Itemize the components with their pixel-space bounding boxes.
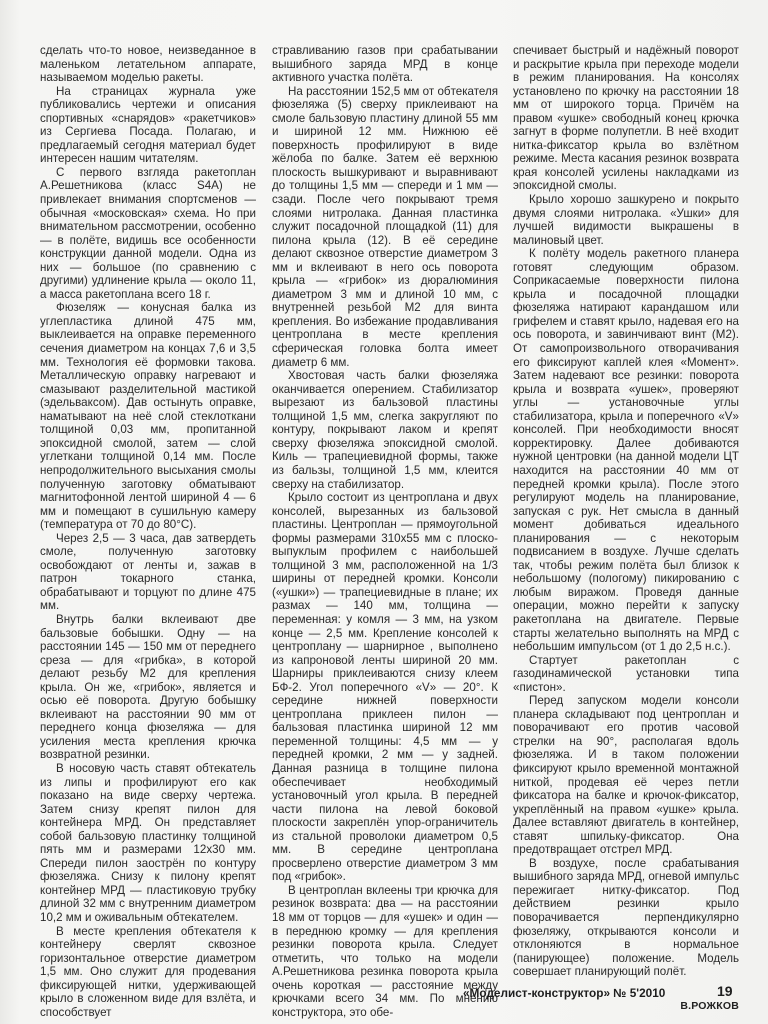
journal-title: «Моделист-конструктор» № 5'2010 bbox=[463, 986, 665, 1000]
paragraph: Внутрь балки вклеивают две бальзовые боб… bbox=[40, 613, 256, 762]
paragraph: В месте крепления обтекателя к контейнер… bbox=[40, 925, 256, 1020]
paragraph: Перед запуском модели консоли планера ск… bbox=[513, 694, 739, 857]
paragraph: К полёту модель ракетного планера готовя… bbox=[513, 247, 739, 653]
page-footer: «Моделист-конструктор» № 5'2010 19 bbox=[0, 983, 768, 1003]
paragraph: Фюзеляж — конусная балка из углепластика… bbox=[40, 301, 256, 531]
paragraph: Хвостовая часть балки фюзеляжа оканчивае… bbox=[272, 369, 498, 491]
paragraph: стравливанию газов при срабатывании выши… bbox=[272, 44, 498, 85]
paragraph: Крыло состоит из центроплана и двух конс… bbox=[272, 491, 498, 884]
text-column-right: спечивает быстрый и надёжный поворот и р… bbox=[513, 44, 739, 1013]
paragraph: спечивает быстрый и надёжный поворот и р… bbox=[513, 44, 739, 193]
paragraph: Крыло хорошо зашкурено и покрыто двумя с… bbox=[513, 193, 739, 247]
paragraph: С первого взгляда ракетоплан А.Решетнико… bbox=[40, 166, 256, 301]
paragraph: На страницах журнала уже публиковались ч… bbox=[40, 85, 256, 166]
paragraph: сделать что-то новое, неизведанное в мал… bbox=[40, 44, 256, 85]
paragraph: На расстоянии 152,5 мм от обтекателя фюз… bbox=[272, 85, 498, 369]
page-number: 19 bbox=[717, 983, 733, 999]
text-column-left: сделать что-то новое, неизведанное в мал… bbox=[40, 44, 256, 1019]
paragraph: Через 2,5 — 3 часа, дав затвердеть смоле… bbox=[40, 532, 256, 613]
magazine-page: сделать что-то новое, неизведанное в мал… bbox=[0, 0, 768, 1024]
text-column-middle: стравливанию газов при срабатывании выши… bbox=[272, 44, 498, 1019]
paragraph: В носовую часть ставят обтекатель из лип… bbox=[40, 762, 256, 925]
paragraph: Стартует ракетоплан с газодинамической у… bbox=[513, 654, 739, 695]
paragraph: В воздухе, после срабатывания вышибного … bbox=[513, 857, 739, 979]
